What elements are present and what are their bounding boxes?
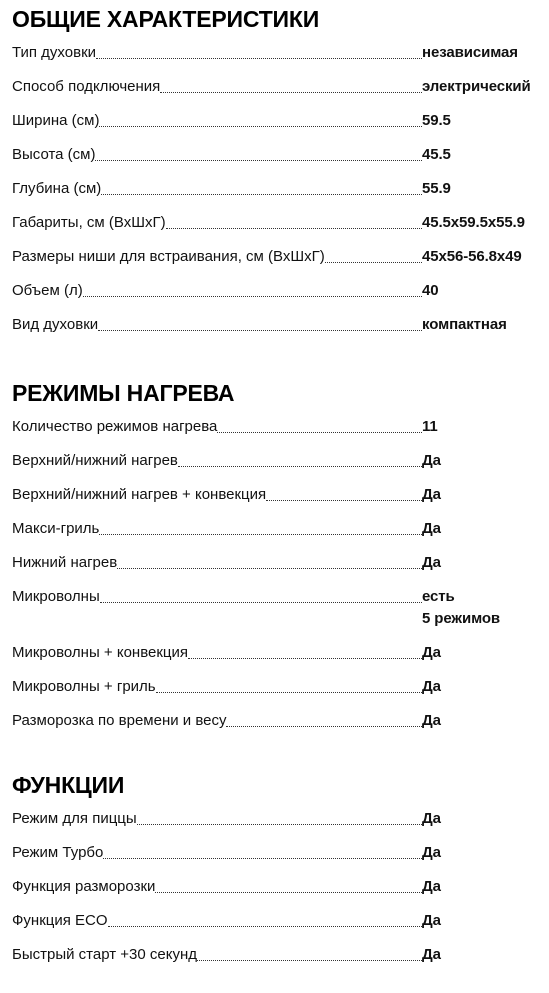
spec-value: Да: [422, 486, 441, 504]
spec-row: Режим для пиццыДа: [12, 802, 549, 836]
spec-value: Да: [422, 678, 441, 696]
spec-row: Размеры ниши для встраивания, см (ВхШхГ)…: [12, 240, 549, 274]
spec-row: Быстрый старт +30 секундДа: [12, 938, 549, 972]
dotted-leader: [96, 57, 422, 59]
dotted-leader: [99, 533, 422, 535]
spec-row: Ширина (см)59.5: [12, 104, 549, 138]
spec-row: Высота (см)45.5: [12, 138, 549, 172]
spec-label: Способ подключения: [12, 78, 160, 96]
spec-label-wrap: Размеры ниши для встраивания, см (ВхШхГ): [12, 248, 422, 266]
spec-value-line: 59.5: [422, 112, 451, 130]
spec-value: Да: [422, 644, 441, 662]
spec-value: Да: [422, 878, 441, 896]
spec-label: Нижний нагрев: [12, 554, 117, 572]
spec-label-wrap: Разморозка по времени и весу: [12, 712, 422, 730]
spec-label-wrap: Функция ECO: [12, 912, 422, 930]
dotted-leader: [103, 857, 422, 859]
spec-value-line: Да: [422, 452, 441, 470]
spec-label-wrap: Верхний/нижний нагрев: [12, 452, 422, 470]
spec-value: Да: [422, 554, 441, 572]
spec-label: Глубина (см): [12, 180, 101, 198]
dotted-leader: [188, 657, 422, 659]
spec-value: Да: [422, 912, 441, 930]
spec-value: Да: [422, 520, 441, 538]
spec-value-line: Да: [422, 878, 441, 896]
spec-value-line: электрический: [422, 78, 531, 96]
spec-row: Габариты, см (ВхШхГ)45.5x59.5x55.9: [12, 206, 549, 240]
spec-value: электрический: [422, 78, 531, 96]
spec-row: Способ подключенияэлектрический: [12, 70, 549, 104]
spec-label: Верхний/нижний нагрев + конвекция: [12, 486, 266, 504]
spec-row: Нижний нагревДа: [12, 546, 549, 580]
dotted-leader: [98, 329, 422, 331]
spec-label: Микроволны + конвекция: [12, 644, 188, 662]
spec-value-line: Да: [422, 520, 441, 538]
spec-section: ОБЩИЕ ХАРАКТЕРИСТИКИТип духовкинезависим…: [12, 2, 549, 342]
spec-value-line: есть: [422, 588, 500, 606]
spec-label-wrap: Режим для пиццы: [12, 810, 422, 828]
spec-section: ФУНКЦИИРежим для пиццыДаРежим ТурбоДаФун…: [12, 768, 549, 972]
dotted-leader: [137, 823, 422, 825]
spec-label-wrap: Тип духовки: [12, 44, 422, 62]
spec-row: Верхний/нижний нагрев + конвекцияДа: [12, 478, 549, 512]
spec-row: Объем (л)40: [12, 274, 549, 308]
spec-label-wrap: Микроволны: [12, 588, 422, 606]
spec-value-line: Да: [422, 644, 441, 662]
spec-label-wrap: Способ подключения: [12, 78, 422, 96]
spec-value-line: Да: [422, 844, 441, 862]
spec-label: Разморозка по времени и весу: [12, 712, 226, 730]
spec-row: Микроволны + конвекцияДа: [12, 636, 549, 670]
spec-value-line: 45.5: [422, 146, 451, 164]
spec-row: Режим ТурбоДа: [12, 836, 549, 870]
dotted-leader: [155, 891, 422, 893]
spec-value: 45.5: [422, 146, 451, 164]
spec-label: Объем (л): [12, 282, 83, 300]
spec-value-line: Да: [422, 810, 441, 828]
spec-label: Размеры ниши для встраивания, см (ВхШхГ): [12, 248, 325, 266]
spec-section: РЕЖИМЫ НАГРЕВАКоличество режимов нагрева…: [12, 376, 549, 738]
dotted-leader: [101, 193, 422, 195]
dotted-leader: [266, 499, 422, 501]
spec-value: Да: [422, 946, 441, 964]
spec-label: Количество режимов нагрева: [12, 418, 217, 436]
spec-label-wrap: Вид духовки: [12, 316, 422, 334]
spec-label-wrap: Верхний/нижний нагрев + конвекция: [12, 486, 422, 504]
spec-value: Да: [422, 712, 441, 730]
spec-value-line: 5 режимов: [422, 610, 500, 628]
spec-row: Количество режимов нагрева11: [12, 410, 549, 444]
spec-label-wrap: Высота (см): [12, 146, 422, 164]
spec-label-wrap: Быстрый старт +30 секунд: [12, 946, 422, 964]
dotted-leader: [325, 261, 422, 263]
spec-value-line: 40: [422, 282, 439, 300]
spec-label-wrap: Габариты, см (ВхШхГ): [12, 214, 422, 232]
dotted-leader: [83, 295, 422, 297]
spec-label: Режим Турбо: [12, 844, 103, 862]
spec-value: есть5 режимов: [422, 588, 500, 628]
spec-label-wrap: Микроволны + конвекция: [12, 644, 422, 662]
spec-value-line: компактная: [422, 316, 507, 334]
spec-value-line: 55.9: [422, 180, 451, 198]
spec-value: независимая: [422, 44, 518, 62]
spec-value: 59.5: [422, 112, 451, 130]
spec-row: Тип духовкинезависимая: [12, 36, 549, 70]
spec-label-wrap: Режим Турбо: [12, 844, 422, 862]
spec-label: Верхний/нижний нагрев: [12, 452, 178, 470]
spec-label: Микроволны + гриль: [12, 678, 156, 696]
spec-label-wrap: Ширина (см): [12, 112, 422, 130]
spec-value-line: Да: [422, 554, 441, 572]
spec-label: Макси-гриль: [12, 520, 99, 538]
dotted-leader: [117, 567, 422, 569]
dotted-leader: [100, 601, 422, 603]
spec-value: 40: [422, 282, 439, 300]
section-title: РЕЖИМЫ НАГРЕВА: [12, 376, 549, 410]
spec-label-wrap: Микроволны + гриль: [12, 678, 422, 696]
spec-label: Режим для пиццы: [12, 810, 137, 828]
spec-value-line: Да: [422, 678, 441, 696]
spec-value: 45x56-56.8x49: [422, 248, 522, 266]
spec-label: Функция разморозки: [12, 878, 155, 896]
spec-row: Функция разморозкиДа: [12, 870, 549, 904]
spec-value: 55.9: [422, 180, 451, 198]
dotted-leader: [99, 125, 422, 127]
spec-label: Высота (см): [12, 146, 95, 164]
spec-label: Габариты, см (ВхШхГ): [12, 214, 166, 232]
spec-label-wrap: Количество режимов нагрева: [12, 418, 422, 436]
spec-row: Разморозка по времени и весуДа: [12, 704, 549, 738]
spec-row: Функция ECOДа: [12, 904, 549, 938]
spec-label-wrap: Объем (л): [12, 282, 422, 300]
dotted-leader: [156, 691, 422, 693]
spec-value-line: Да: [422, 712, 441, 730]
spec-label-wrap: Глубина (см): [12, 180, 422, 198]
spec-value: Да: [422, 844, 441, 862]
spec-row: Микроволныесть5 режимов: [12, 580, 549, 636]
section-title: ФУНКЦИИ: [12, 768, 549, 802]
spec-value: Да: [422, 810, 441, 828]
spec-value-line: Да: [422, 912, 441, 930]
spec-label: Функция ECO: [12, 912, 108, 930]
spec-value-line: Да: [422, 486, 441, 504]
spec-row: Глубина (см)55.9: [12, 172, 549, 206]
dotted-leader: [178, 465, 422, 467]
dotted-leader: [217, 431, 422, 433]
dotted-leader: [166, 227, 422, 229]
spec-value-line: 45.5x59.5x55.9: [422, 214, 525, 232]
dotted-leader: [197, 959, 422, 961]
dotted-leader: [108, 925, 422, 927]
section-title: ОБЩИЕ ХАРАКТЕРИСТИКИ: [12, 2, 549, 36]
spec-value-line: 11: [422, 418, 438, 436]
dotted-leader: [160, 91, 422, 93]
spec-value: компактная: [422, 316, 507, 334]
spec-value-line: Да: [422, 946, 441, 964]
spec-label: Быстрый старт +30 секунд: [12, 946, 197, 964]
spec-value: 45.5x59.5x55.9: [422, 214, 525, 232]
spec-label-wrap: Нижний нагрев: [12, 554, 422, 572]
spec-row: Верхний/нижний нагревДа: [12, 444, 549, 478]
spec-label: Тип духовки: [12, 44, 96, 62]
spec-label-wrap: Функция разморозки: [12, 878, 422, 896]
spec-value: 11: [422, 418, 438, 436]
spec-row: Макси-грильДа: [12, 512, 549, 546]
dotted-leader: [226, 725, 422, 727]
spec-value: Да: [422, 452, 441, 470]
spec-label-wrap: Макси-гриль: [12, 520, 422, 538]
spec-value-line: независимая: [422, 44, 518, 62]
spec-label: Вид духовки: [12, 316, 98, 334]
dotted-leader: [95, 159, 422, 161]
spec-label: Ширина (см): [12, 112, 99, 130]
spec-value-line: 45x56-56.8x49: [422, 248, 522, 266]
spec-row: Вид духовкикомпактная: [12, 308, 549, 342]
spec-row: Микроволны + грильДа: [12, 670, 549, 704]
spec-label: Микроволны: [12, 588, 100, 606]
